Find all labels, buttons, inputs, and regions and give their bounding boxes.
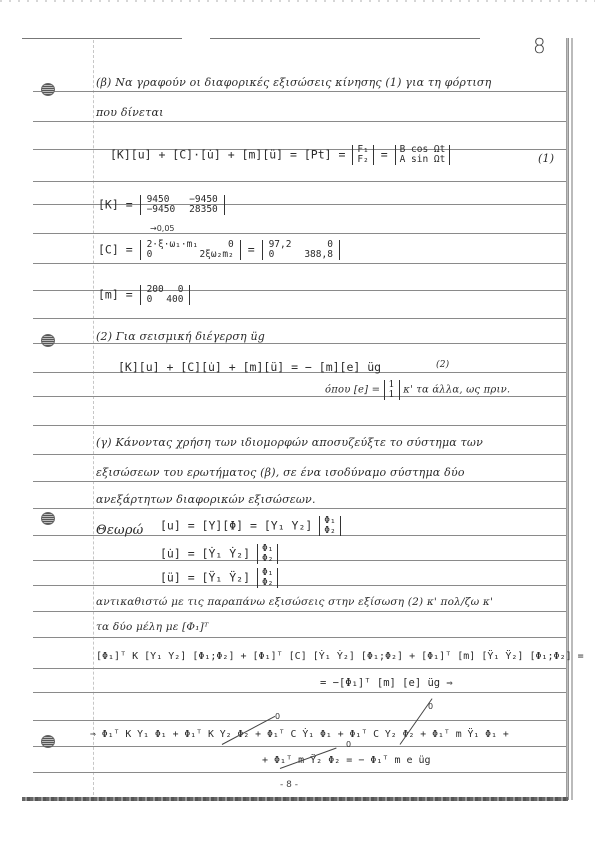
section-2-heading: (2) Για σεισμική διέγερση üg bbox=[96, 330, 265, 343]
punch-hole bbox=[41, 512, 55, 525]
c22-sym: 2ξω₂m₂ bbox=[199, 250, 233, 260]
e-note-suffix: κ' τα άλλα, ως πριν. bbox=[403, 385, 510, 396]
header-rule bbox=[210, 38, 480, 39]
c21-sym: 0 bbox=[147, 250, 153, 260]
punch-hole bbox=[41, 83, 55, 96]
c-label: [C] = bbox=[98, 243, 133, 257]
equation-2: [K][u] + [C][u̇] + [m][ü] = − [m][e] üg bbox=[118, 360, 381, 374]
phi2: Φ₂ bbox=[324, 526, 335, 536]
c11-sym: 2·ξ·ω₁·m₁ bbox=[147, 240, 198, 250]
ruled-line bbox=[33, 637, 566, 638]
punch-hole bbox=[41, 735, 55, 748]
k-matrix-row: [K] = 9450−9450 −945028350 bbox=[98, 195, 225, 215]
ruled-line bbox=[33, 181, 566, 182]
e2: 1 bbox=[389, 390, 395, 400]
section-c-line2: εξισώσεων του ερωτήματος (β), σε ένα ισο… bbox=[96, 466, 465, 479]
e-note-prefix: όπου [e] = bbox=[325, 385, 380, 396]
zero-mark: 0 bbox=[428, 702, 433, 711]
e-vector: 1 1 bbox=[384, 380, 400, 400]
section-c-line3: ανεξάρτητων διαφορικών εξισώσεων. bbox=[96, 493, 316, 506]
footer-page-mark: - 8 - bbox=[280, 780, 298, 790]
zero-mark: 0 bbox=[346, 740, 351, 749]
eq-uddot-text: [ü] = [Ÿ₁ Ÿ₂] bbox=[160, 571, 250, 585]
k22: 28350 bbox=[189, 205, 218, 215]
eq-u: [u] = [Y][Φ] = [Y₁ Y₂] Φ₁ Φ₂ bbox=[160, 516, 341, 536]
ruled-line bbox=[33, 343, 566, 344]
eq-udot: [u̇] = [Ẏ₁ Ẏ₂] Φ₁ Φ₂ bbox=[160, 544, 278, 564]
m-label: [m] = bbox=[98, 288, 133, 302]
m-matrix-row: [m] = 2000 0400 bbox=[98, 285, 190, 305]
ruled-line bbox=[33, 91, 566, 92]
scan-noise bbox=[0, 0, 595, 2]
eq-uddot: [ü] = [Ÿ₁ Ÿ₂] Φ₁ Φ₂ bbox=[160, 568, 278, 588]
k-label: [K] = bbox=[98, 198, 133, 212]
xi-value-note: →0,05 bbox=[150, 224, 175, 233]
punch-hole bbox=[41, 334, 55, 347]
k21: −9450 bbox=[147, 205, 176, 215]
c22: 388,8 bbox=[304, 250, 333, 260]
load-a-sin: A sin Ωt bbox=[400, 155, 446, 165]
ruled-line bbox=[33, 454, 566, 455]
page-bottom-border bbox=[22, 797, 568, 801]
phi-vector: Φ₁ Φ₂ bbox=[257, 568, 278, 588]
force-vector: F₁ F₂ bbox=[352, 145, 373, 165]
phi-vector: Φ₁ Φ₂ bbox=[319, 516, 340, 536]
page-number: 8 bbox=[533, 34, 546, 58]
substitution-line2: τα δύο μέλη με [Φ₁]ᵀ bbox=[96, 621, 209, 633]
ruled-line bbox=[33, 233, 566, 234]
eq-u-text: [u] = [Y][Φ] = [Y₁ Y₂] bbox=[160, 519, 312, 533]
equation-1: [K][u] + [C]·[u̇] + [m][ü] = [Pt] = F₁ F… bbox=[110, 145, 450, 165]
force-f2: F₂ bbox=[357, 155, 368, 165]
load-vector: B cos Ωt A sin Ωt bbox=[395, 145, 451, 165]
m22: 400 bbox=[166, 295, 183, 305]
c-numeric-matrix: 97,20 0388,8 bbox=[262, 240, 340, 260]
ruled-line bbox=[33, 772, 566, 773]
margin-line bbox=[93, 40, 94, 800]
equation-2-tag: (2) bbox=[436, 360, 449, 370]
ruled-line bbox=[33, 560, 566, 561]
header-rule bbox=[22, 38, 182, 39]
zero-mark: 0 bbox=[275, 712, 280, 721]
big-equation-line1: [Φ₁]ᵀ K [Y₁ Y₂] [Φ₁;Φ₂] + [Φ₁]ᵀ [C] [Ẏ₁ … bbox=[96, 651, 584, 662]
c-symbolic-matrix: 2·ξ·ω₁·m₁0 02ξω₂m₂ bbox=[140, 240, 241, 260]
final-equation-line1: ⇒ Φ₁ᵀ K Y₁ Φ₁ + Φ₁ᵀ K Y₂ Φ₂ + Φ₁ᵀ C Ẏ₁ Φ… bbox=[90, 729, 509, 740]
m21: 0 bbox=[147, 295, 153, 305]
page-right-border bbox=[566, 38, 569, 800]
ruled-line bbox=[33, 481, 566, 482]
substitution-line1: αντικαθιστώ με τις παραπάνω εξισώσεις στ… bbox=[96, 596, 493, 608]
ruled-line bbox=[33, 746, 566, 747]
c-matrix-row: [C] = 2·ξ·ω₁·m₁0 02ξω₂m₂ = 97,20 0388,8 bbox=[98, 240, 340, 260]
page-right-edge bbox=[571, 38, 573, 800]
ruled-line bbox=[33, 720, 566, 721]
ruled-line bbox=[33, 668, 566, 669]
ruled-line bbox=[33, 611, 566, 612]
c21: 0 bbox=[269, 250, 275, 260]
eq-udot-text: [u̇] = [Ẏ₁ Ẏ₂] bbox=[160, 547, 250, 561]
section-b-heading: (β) Να γραφούν οι διαφορικές εξισώσεις κ… bbox=[96, 76, 491, 89]
ruled-line bbox=[33, 121, 566, 122]
e-vector-note: όπου [e] = 1 1 κ' τα άλλα, ως πριν. bbox=[325, 380, 510, 400]
ruled-line bbox=[33, 508, 566, 509]
ruled-line bbox=[33, 318, 566, 319]
ruled-line bbox=[33, 263, 566, 264]
theoro-label: Θεωρώ bbox=[96, 523, 143, 538]
m-matrix: 2000 0400 bbox=[140, 285, 191, 305]
phi-vector: Φ₁ Φ₂ bbox=[257, 544, 278, 564]
ruled-line bbox=[33, 425, 566, 426]
phi2: Φ₂ bbox=[262, 578, 273, 588]
ruled-line bbox=[33, 585, 566, 586]
equation-1-tag: (1) bbox=[538, 152, 554, 165]
section-c-line1: (γ) Κάνοντας χρήση των ιδιομορφών αποσυζ… bbox=[96, 436, 483, 449]
k-matrix: 9450−9450 −945028350 bbox=[140, 195, 225, 215]
section-b-heading-cont: που δίνεται bbox=[96, 106, 164, 119]
phi2: Φ₂ bbox=[262, 554, 273, 564]
big-equation-line2: = −[Φ₁]ᵀ [m] [e] üg ⇒ bbox=[320, 677, 453, 689]
equation-1-lhs: [K][u] + [C]·[u̇] + [m][ü] = [Pt] = bbox=[110, 148, 352, 162]
notebook-page: 8 (β) Να γραφούν οι διαφορικές εξισώσεις… bbox=[0, 0, 595, 842]
ruled-line bbox=[33, 692, 566, 693]
